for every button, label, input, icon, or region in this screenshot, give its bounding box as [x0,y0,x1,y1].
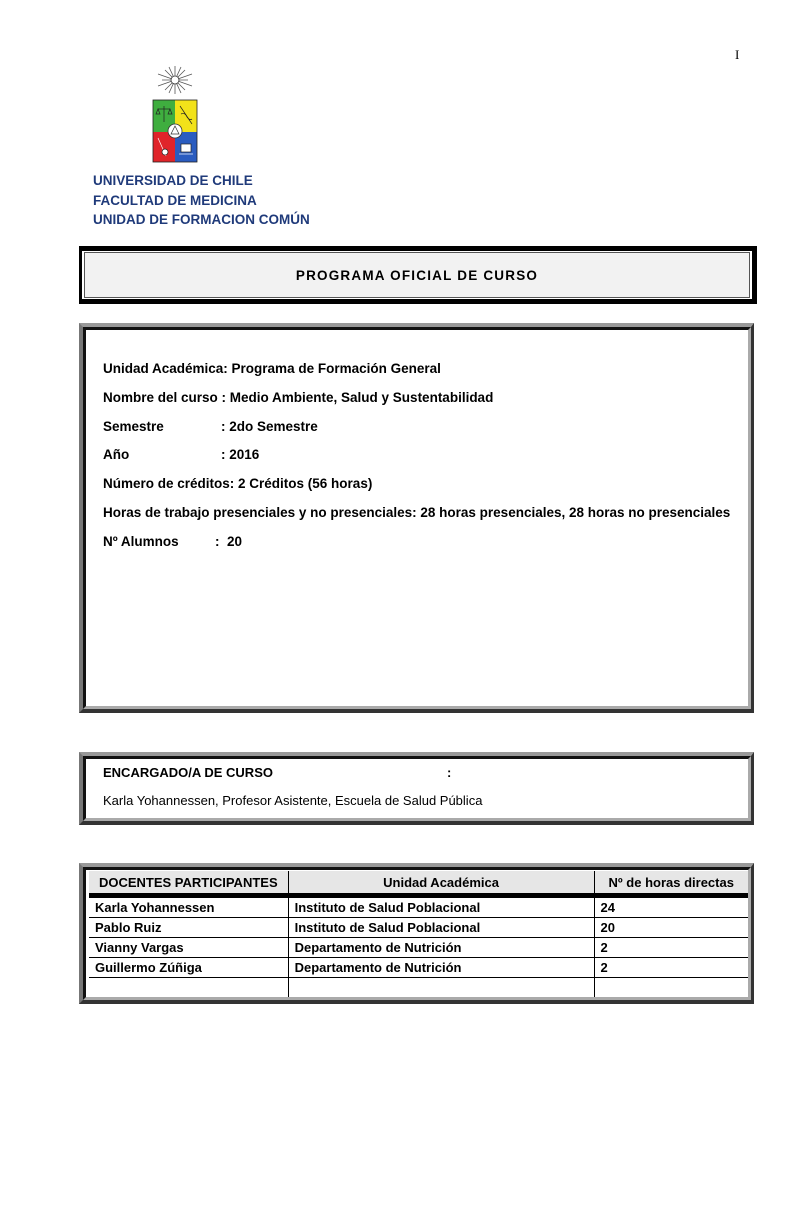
cell-unidad: Departamento de Nutrición [288,958,594,978]
faculty-name: FACULTAD DE MEDICINA [93,191,310,211]
table-header-row: DOCENTES PARTICIPANTES Unidad Académica … [89,871,748,896]
info-alumnos: Nº Alumnos : 20 [103,534,730,563]
cell-horas [594,978,748,998]
table-row-empty [89,978,748,998]
cell-horas: 24 [594,896,748,918]
info-horas: Horas de trabajo presenciales y no prese… [103,505,730,534]
cell-docente: Guillermo Zúñiga [89,958,288,978]
cell-docente: Pablo Ruiz [89,918,288,938]
cell-docente: Vianny Vargas [89,938,288,958]
university-name: UNIVERSIDAD DE CHILE [93,171,310,191]
info-creditos: Número de créditos: 2 Créditos (56 horas… [103,476,730,505]
docentes-box: DOCENTES PARTICIPANTES Unidad Académica … [79,863,754,1004]
cell-unidad: Departamento de Nutrición [288,938,594,958]
info-unidad: Unidad Académica: Programa de Formación … [103,361,730,390]
encargado-title: ENCARGADO/A DE CURSO [103,765,273,780]
table-row: Vianny Vargas Departamento de Nutrición … [89,938,748,958]
cell-unidad: Instituto de Salud Poblacional [288,896,594,918]
info-nombre: Nombre del curso : Medio Ambiente, Salud… [103,390,730,419]
header-horas: Nº de horas directas [594,871,748,896]
docentes-table: DOCENTES PARTICIPANTES Unidad Académica … [89,871,748,997]
cell-unidad [288,978,594,998]
cell-horas: 20 [594,918,748,938]
info-semestre: Semestre : 2do Semestre [103,419,730,448]
cell-docente [89,978,288,998]
cell-horas: 2 [594,938,748,958]
encargado-colon: : [447,765,451,780]
cell-unidad: Instituto de Salud Poblacional [288,918,594,938]
header-docentes: DOCENTES PARTICIPANTES [89,871,288,896]
title-box: PROGRAMA OFICIAL DE CURSO [79,246,757,304]
encargado-value: Karla Yohannessen, Profesor Asistente, E… [103,793,482,808]
page-number: I [735,47,739,63]
header-unidad: Unidad Académica [288,871,594,896]
course-info-box: Unidad Académica: Programa de Formación … [79,323,754,713]
encargado-box: ENCARGADO/A DE CURSO : Karla Yohannessen… [79,752,754,825]
cell-horas: 2 [594,958,748,978]
university-crest-icon [150,64,200,164]
table-row: Guillermo Zúñiga Departamento de Nutrici… [89,958,748,978]
unit-name: UNIDAD DE FORMACION COMÚN [93,210,310,230]
info-anio: Año : 2016 [103,447,730,476]
institution-heading: UNIVERSIDAD DE CHILE FACULTAD DE MEDICIN… [93,171,310,230]
document-title: PROGRAMA OFICIAL DE CURSO [296,268,538,283]
cell-docente: Karla Yohannessen [89,896,288,918]
table-row: Karla Yohannessen Instituto de Salud Pob… [89,896,748,918]
table-row: Pablo Ruiz Instituto de Salud Poblaciona… [89,918,748,938]
